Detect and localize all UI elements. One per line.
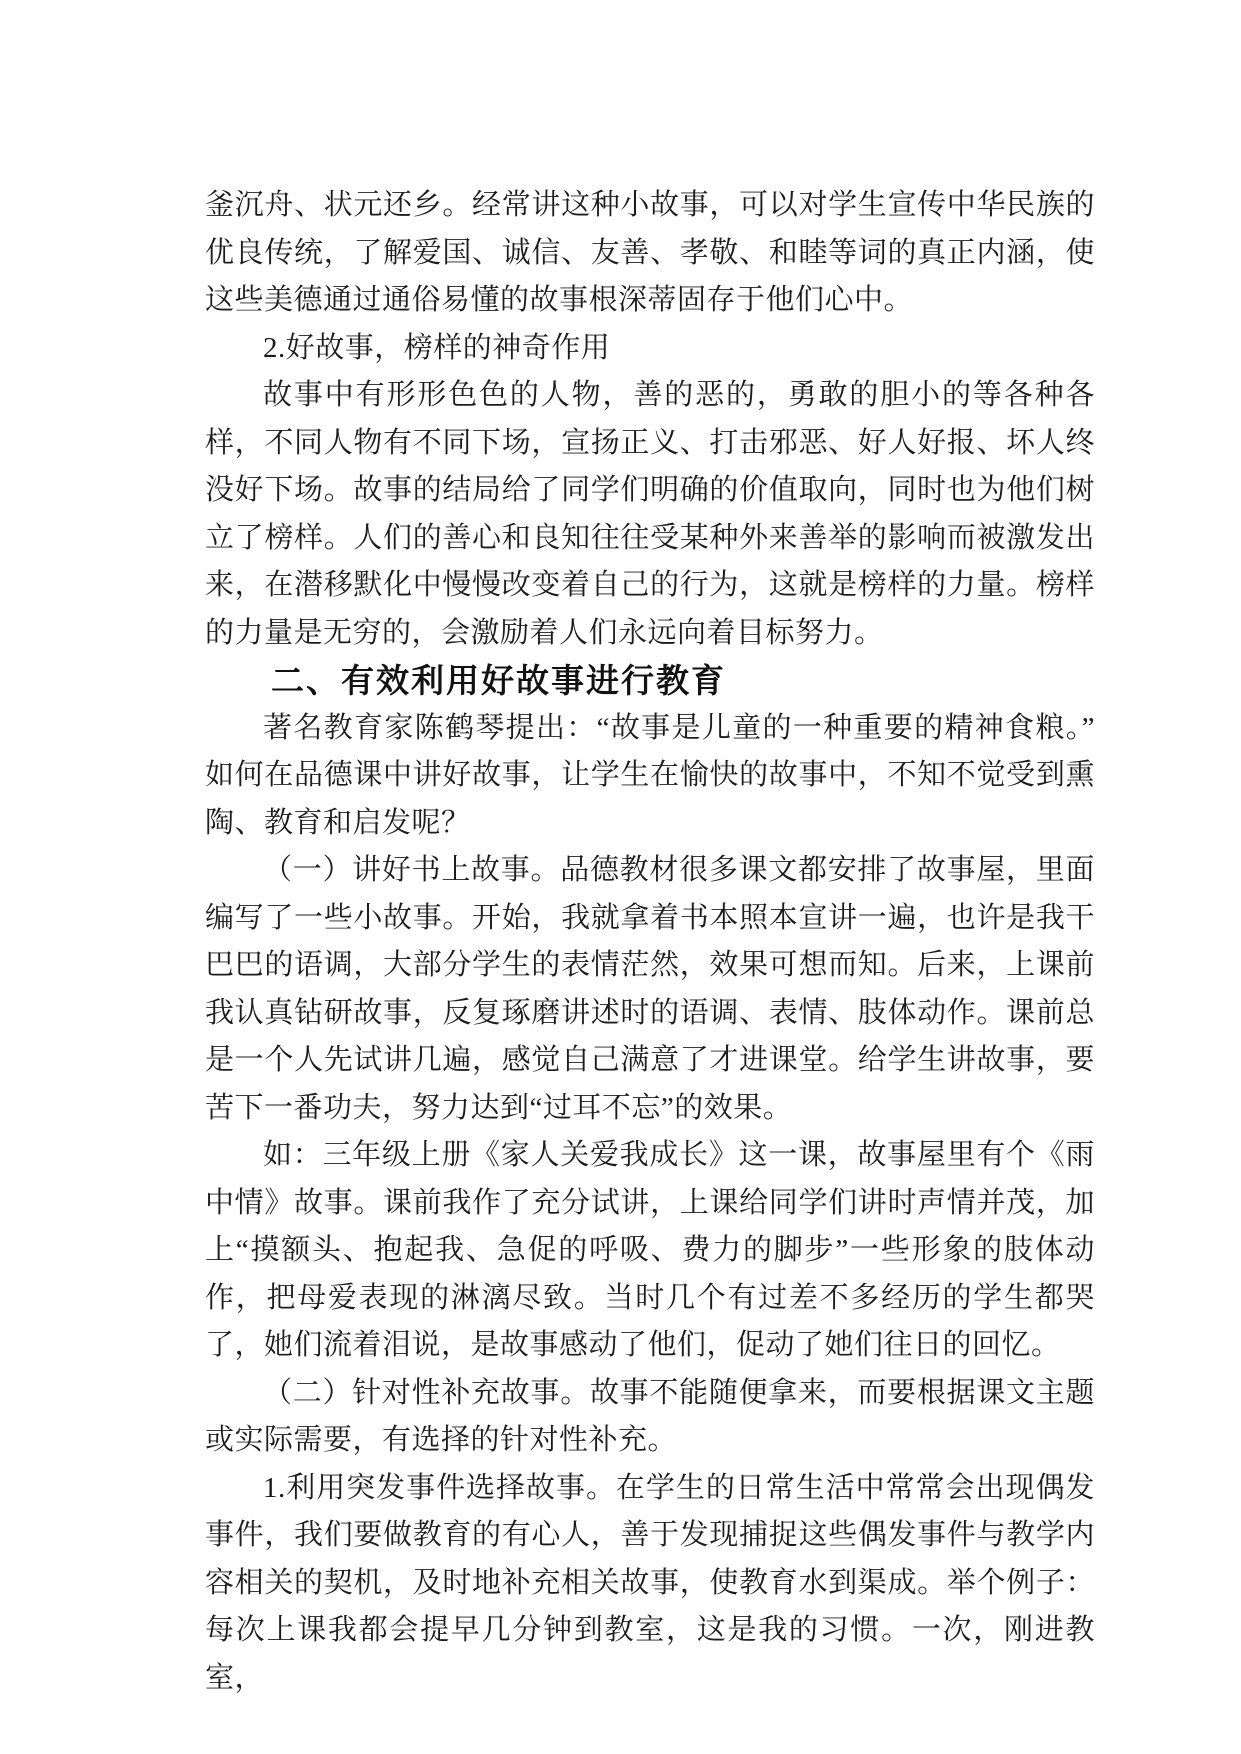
page-text-area: 釜沉舟、状元还乡。经常讲这种小故事，可以对学生宣传中华民族的优良传统，了解爱国、… (205, 182, 1095, 1702)
document-page: 釜沉舟、状元还乡。经常讲这种小故事，可以对学生宣传中华民族的优良传统，了解爱国、… (0, 0, 1241, 1754)
paragraph: 釜沉舟、状元还乡。经常讲这种小故事，可以对学生宣传中华民族的优良传统，了解爱国、… (205, 182, 1095, 325)
section-heading: 二、有效利用好故事进行教育 (205, 657, 1095, 705)
paragraph: 著名教育家陈鹤琴提出：“故事是儿童的一种重要的精神食粮。”如何在品德课中讲好故事… (205, 705, 1095, 848)
paragraph: 2.好故事，榜样的神奇作用 (205, 325, 1095, 373)
paragraph: 如：三年级上册《家人关爱我成长》这一课，故事屋里有个《雨中情》故事。课前我作了充… (205, 1132, 1095, 1370)
paragraph: （一）讲好书上故事。品德教材很多课文都安排了故事屋，里面编写了一些小故事。开始，… (205, 847, 1095, 1132)
paragraph: （二）针对性补充故事。故事不能随便拿来，而要根据课文主题或实际需要，有选择的针对… (205, 1370, 1095, 1465)
paragraph: 故事中有形形色色的人物，善的恶的，勇敢的胆小的等各种各样，不同人物有不同下场，宣… (205, 372, 1095, 657)
paragraph: 1.利用突发事件选择故事。在学生的日常生活中常常会出现偶发事件，我们要做教育的有… (205, 1465, 1095, 1703)
